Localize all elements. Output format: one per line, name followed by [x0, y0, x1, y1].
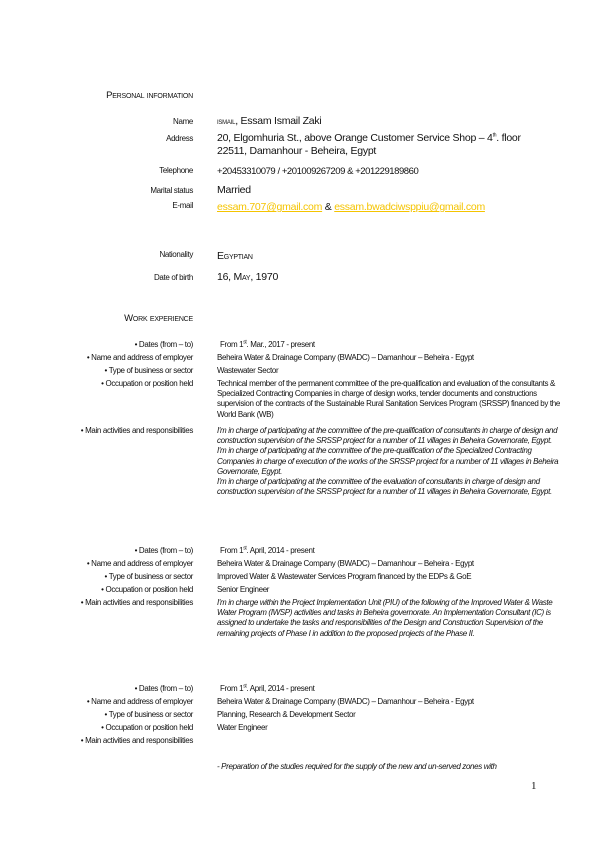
activity-item: I'm in charge of participating at the co…: [217, 446, 567, 477]
entry-1-activities: I'm in charge of participating at the co…: [217, 426, 567, 497]
entry-3-employer: Beheira Water & Drainage Company (BWADC)…: [217, 697, 567, 707]
activity-item: I'm in charge of participating at the co…: [217, 426, 567, 446]
entry-2-employer-label: • Name and address of employer: [87, 559, 193, 568]
surname: ismail: [217, 116, 235, 126]
given-names: , Essam Ismail Zaki: [235, 115, 321, 127]
telephone-label: Telephone: [159, 166, 193, 175]
entry-3-sector: Planning, Research & Development Sector: [217, 710, 567, 720]
entry-1-activities-label: • Main activities and responsibilities: [81, 426, 193, 435]
entry-3-dates: From 1st. April, 2014 - present: [220, 684, 570, 694]
entry-3-activities-label: • Main activities and responsibilities: [81, 736, 193, 745]
nationality-value: Egyptian: [217, 250, 253, 263]
nationality-label: Nationality: [159, 250, 193, 259]
address-line-2: 22511, Damanhour - Beheira, Egypt: [217, 145, 521, 158]
email-label: E-mail: [172, 201, 193, 210]
email-link-2[interactable]: essam.bwadciwsppiu@gmail.com: [334, 201, 485, 213]
activity-item: I'm in charge within the Project Impleme…: [217, 598, 567, 639]
entry-1-sector-label: • Type of business or sector: [105, 366, 193, 375]
activity-item: I'm in charge of participating at the co…: [217, 477, 567, 497]
date-of-birth-label: Date of birth: [154, 273, 193, 282]
entry-2-occupation-label: • Occupation or position held: [101, 585, 193, 594]
page-number: 1: [531, 780, 537, 792]
marital-status-label: Marital status: [150, 186, 193, 195]
entry-3-occupation: Water Engineer: [217, 723, 567, 733]
entry-1-dates-label: • Dates (from – to): [135, 340, 193, 349]
entry-3-sector-label: • Type of business or sector: [105, 710, 193, 719]
marital-status-value: Married: [217, 184, 251, 197]
entry-2-employer: Beheira Water & Drainage Company (BWADC)…: [217, 559, 567, 569]
entry-1-employer-label: • Name and address of employer: [87, 353, 193, 362]
entry-2-sector-label: • Type of business or sector: [105, 572, 193, 581]
address-value: 20, Elgomhuria St., above Orange Custome…: [217, 132, 521, 157]
email-value: essam.707@gmail.com & essam.bwadciwsppiu…: [217, 201, 485, 214]
entry-2-sector: Improved Water & Wastewater Services Pro…: [217, 572, 567, 582]
entry-3-activities: - Preparation of the studies required fo…: [217, 762, 567, 772]
entry-1-dates: From 1st. Mar., 2017 - present: [220, 340, 570, 350]
email-separator: &: [322, 201, 334, 213]
entry-1-occupation: Technical member of the permanent commit…: [217, 379, 567, 420]
email-link-1[interactable]: essam.707@gmail.com: [217, 201, 322, 213]
work-experience-heading: Work experience: [124, 313, 193, 324]
entry-1-occupation-label: • Occupation or position held: [101, 379, 193, 388]
entry-2-dates: From 1st. April, 2014 - present: [220, 546, 570, 556]
entry-2-activities: I'm in charge within the Project Impleme…: [217, 598, 567, 639]
entry-2-dates-label: • Dates (from – to): [135, 546, 193, 555]
entry-3-occupation-label: • Occupation or position held: [101, 723, 193, 732]
date-of-birth-value: 16, May, 1970: [217, 271, 278, 284]
address-label: Address: [166, 134, 193, 143]
entry-2-activities-label: • Main activities and responsibilities: [81, 598, 193, 607]
personal-information-heading: Personal information: [106, 90, 193, 101]
entry-2-occupation: Senior Engineer: [217, 585, 567, 595]
address-line-1: 20, Elgomhuria St., above Orange Custome…: [217, 132, 521, 145]
entry-1-employer: Beheira Water & Drainage Company (BWADC)…: [217, 353, 567, 363]
entry-3-dates-label: • Dates (from – to): [135, 684, 193, 693]
entry-1-sector: Wastewater Sector: [217, 366, 567, 376]
entry-3-employer-label: • Name and address of employer: [87, 697, 193, 706]
telephone-value: +20453310079 / +201009267209 & +20122918…: [217, 166, 418, 179]
cv-page: Personal information Name ismail, Essam …: [0, 0, 595, 842]
activity-item: - Preparation of the studies required fo…: [217, 762, 567, 772]
name-value: ismail, Essam Ismail Zaki: [217, 115, 321, 128]
name-label: Name: [173, 117, 193, 126]
